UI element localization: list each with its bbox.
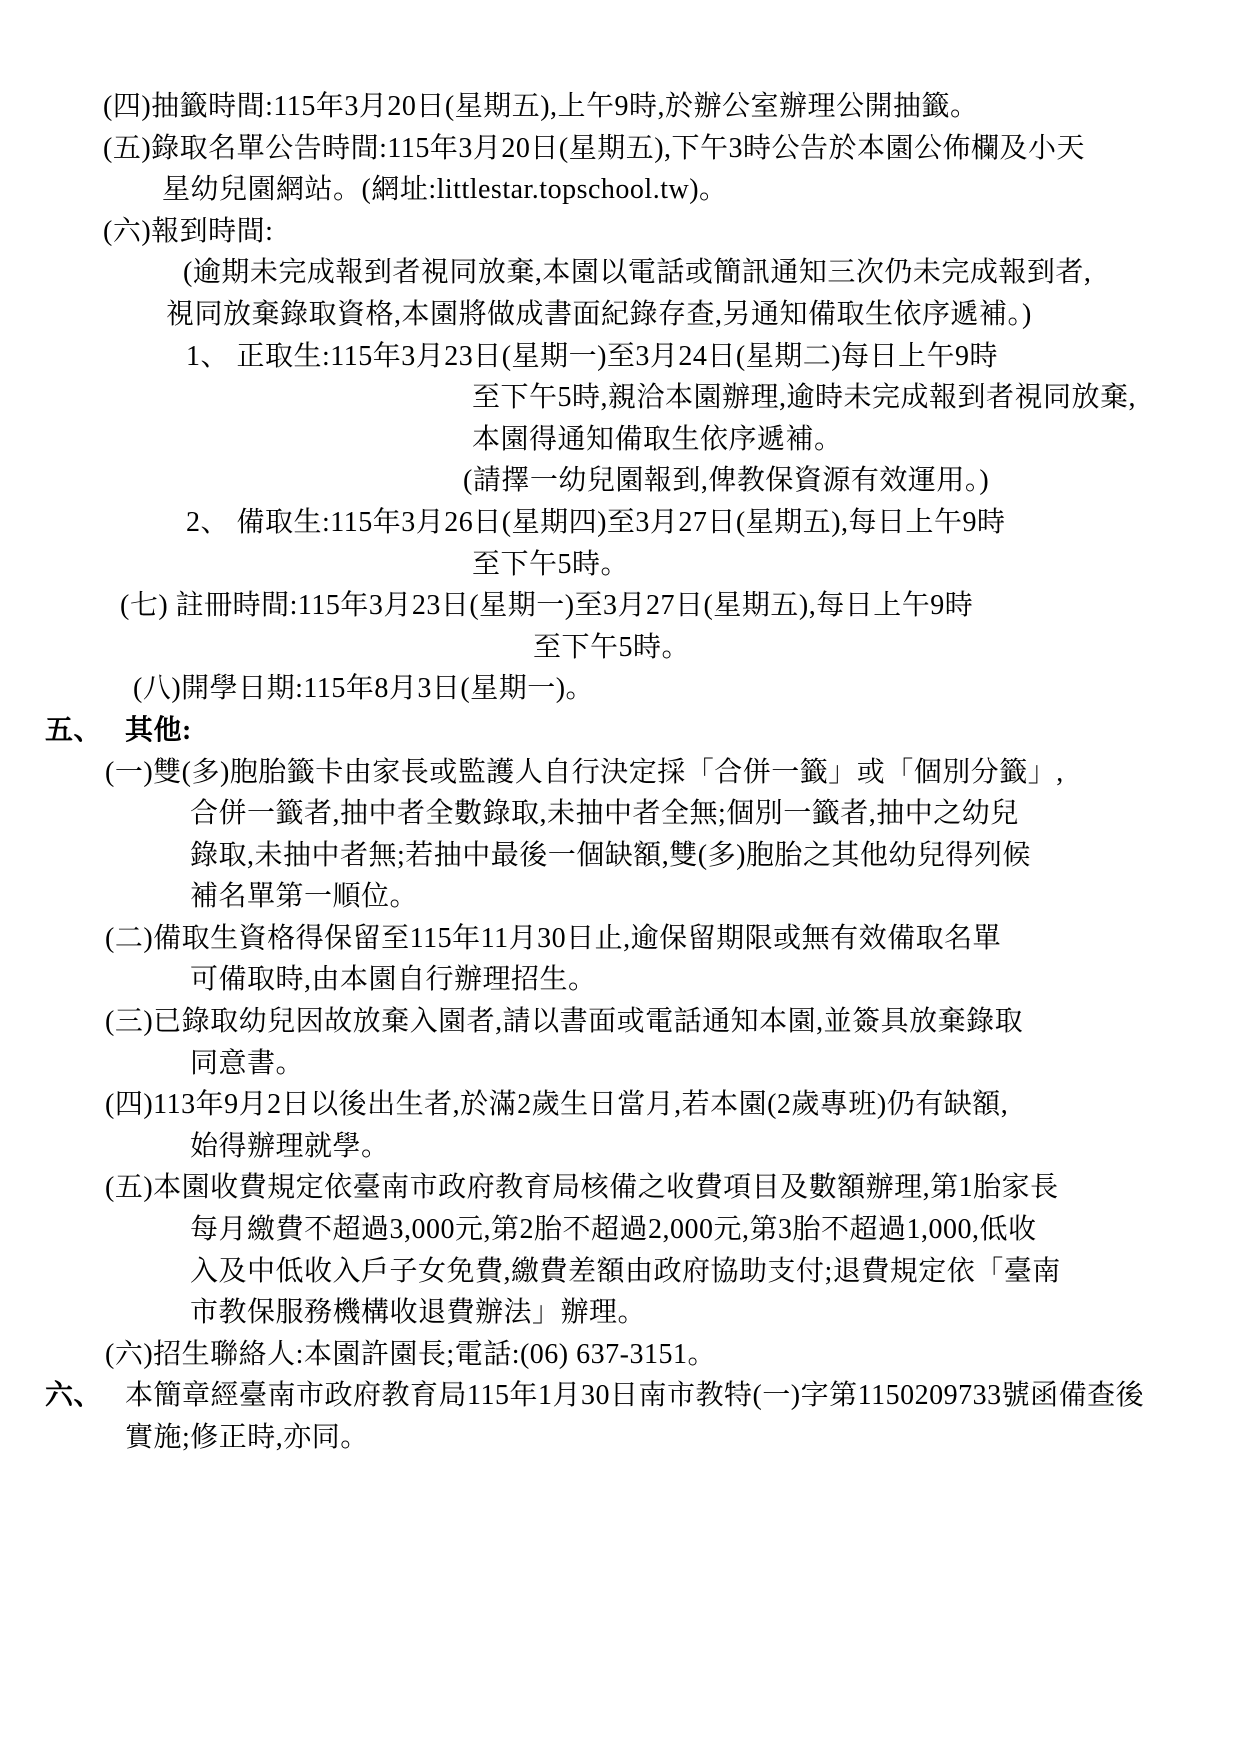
- document-line-text: (請擇一幼兒園報到,俾教保資源有效運用。): [463, 465, 989, 496]
- document-line-text: 至下午5時。: [533, 632, 690, 663]
- document-line: 本園得通知備取生依序遞補。: [0, 419, 1241, 461]
- document-section-heading-line: 六、本簡章經臺南市政府教育局115年1月30日南市教特(一)字第11502097…: [0, 1375, 1241, 1417]
- document-line: 錄取,未抽中者無;若抽中最後一個缺額,雙(多)胞胎之其他幼兒得列候: [0, 835, 1241, 877]
- document-line-text: 可備取時,由本園自行辦理招生。: [190, 964, 597, 995]
- document-line-text: (四)113年9月2日以後出生者,於滿2歲生日當月,若本園(2歲專班)仍有缺額,: [105, 1089, 1008, 1120]
- document-line: 入及中低收入戶子女免費,繳費差額由政府協助支付;退費規定依「臺南: [0, 1251, 1241, 1293]
- document-line: (一)雙(多)胞胎籤卡由家長或監護人自行決定採「合併一籤」或「個別分籤」,: [0, 752, 1241, 794]
- document-line-text: 實施;修正時,亦同。: [125, 1422, 369, 1453]
- document-line: 實施;修正時,亦同。: [0, 1417, 1241, 1459]
- document-line-text: 其他:: [125, 715, 192, 746]
- document-line-text: 視同放棄錄取資格,本園將做成書面紀錄存查,另通知備取生依序遞補。): [166, 299, 1032, 330]
- document-line: 同意書。: [0, 1043, 1241, 1085]
- document-line: 至下午5時。: [0, 627, 1241, 669]
- document-line-text: 2、 備取生:115年3月26日(星期四)至3月27日(星期五),每日上午9時: [186, 507, 1006, 538]
- document-line-text: (二)備取生資格得保留至115年11月30日止,逾保留期限或無有效備取名單: [105, 923, 1001, 954]
- document-line-text: (四)抽籤時間:115年3月20日(星期五),上午9時,於辦公室辦理公開抽籤。: [103, 91, 979, 122]
- document-line-text: 合併一籤者,抽中者全數錄取,未抽中者全無;個別一籤者,抽中之幼兒: [190, 798, 1019, 829]
- document-line-text: (八)開學日期:115年8月3日(星期一)。: [133, 673, 594, 704]
- list-number-label: 六、: [45, 1375, 125, 1417]
- document-line-text: 本簡章經臺南市政府教育局115年1月30日南市教特(一)字第1150209733…: [125, 1380, 1144, 1411]
- document-line: 市教保服務機構收退費辦法」辦理。: [0, 1292, 1241, 1334]
- document-line-text: (五)錄取名單公告時間:115年3月20日(星期五),下午3時公告於本園公佈欄及…: [103, 133, 1085, 164]
- document-line-text: (七) 註冊時間:115年3月23日(星期一)至3月27日(星期五),每日上午9…: [120, 590, 973, 621]
- document-line-text: 1、 正取生:115年3月23日(星期一)至3月24日(星期二)每日上午9時: [186, 341, 998, 372]
- document-line: (七) 註冊時間:115年3月23日(星期一)至3月27日(星期五),每日上午9…: [0, 585, 1241, 627]
- list-number-label: 五、: [45, 710, 125, 752]
- document-line: 始得辦理就學。: [0, 1126, 1241, 1168]
- document-line-text: (六)報到時間:: [103, 216, 273, 247]
- document-line-text: 入及中低收入戶子女免費,繳費差額由政府協助支付;退費規定依「臺南: [190, 1256, 1061, 1287]
- document-line: (二)備取生資格得保留至115年11月30日止,逾保留期限或無有效備取名單: [0, 918, 1241, 960]
- document-line: 每月繳費不超過3,000元,第2胎不超過2,000元,第3胎不超過1,000,低…: [0, 1209, 1241, 1251]
- document-body: (四)抽籤時間:115年3月20日(星期五),上午9時,於辦公室辦理公開抽籤。(…: [0, 86, 1241, 1459]
- document-line: (四)113年9月2日以後出生者,於滿2歲生日當月,若本園(2歲專班)仍有缺額,: [0, 1084, 1241, 1126]
- document-line-text: 錄取,未抽中者無;若抽中最後一個缺額,雙(多)胞胎之其他幼兒得列候: [190, 840, 1031, 871]
- document-line-text: 至下午5時。: [472, 549, 629, 580]
- document-line: (三)已錄取幼兒因故放棄入園者,請以書面或電話通知本園,並簽具放棄錄取: [0, 1001, 1241, 1043]
- document-line-text: 每月繳費不超過3,000元,第2胎不超過2,000元,第3胎不超過1,000,低…: [190, 1214, 1037, 1245]
- document-line: (六)招生聯絡人:本園許園長;電話:(06) 637-3151。: [0, 1334, 1241, 1376]
- document-line: 2、 備取生:115年3月26日(星期四)至3月27日(星期五),每日上午9時: [0, 502, 1241, 544]
- document-line-text: (五)本園收費規定依臺南市政府教育局核備之收費項目及數額辦理,第1胎家長: [105, 1172, 1059, 1203]
- document-line-text: 同意書。: [190, 1048, 304, 1079]
- document-line: (六)報到時間:: [0, 211, 1241, 253]
- document-page: (四)抽籤時間:115年3月20日(星期五),上午9時,於辦公室辦理公開抽籤。(…: [0, 0, 1241, 1755]
- document-line: (五)錄取名單公告時間:115年3月20日(星期五),下午3時公告於本園公佈欄及…: [0, 128, 1241, 170]
- document-line: (五)本園收費規定依臺南市政府教育局核備之收費項目及數額辦理,第1胎家長: [0, 1167, 1241, 1209]
- document-line: 視同放棄錄取資格,本園將做成書面紀錄存查,另通知備取生依序遞補。): [0, 294, 1241, 336]
- document-line: (四)抽籤時間:115年3月20日(星期五),上午9時,於辦公室辦理公開抽籤。: [0, 86, 1241, 128]
- document-line: (八)開學日期:115年8月3日(星期一)。: [0, 668, 1241, 710]
- document-line-text: 補名單第一順位。: [190, 881, 418, 912]
- document-line-text: (三)已錄取幼兒因故放棄入園者,請以書面或電話通知本園,並簽具放棄錄取: [105, 1006, 1023, 1037]
- document-line: 補名單第一順位。: [0, 876, 1241, 918]
- document-line-text: 星幼兒園網站。(網址:littlestar.topschool.tw)。: [162, 174, 728, 205]
- document-line: 至下午5時,親洽本園辦理,逾時未完成報到者視同放棄,: [0, 377, 1241, 419]
- document-line: 1、 正取生:115年3月23日(星期一)至3月24日(星期二)每日上午9時: [0, 336, 1241, 378]
- document-line-text: 至下午5時,親洽本園辦理,逾時未完成報到者視同放棄,: [472, 382, 1136, 413]
- document-line: (請擇一幼兒園報到,俾教保資源有效運用。): [0, 460, 1241, 502]
- document-line-text: (逾期未完成報到者視同放棄,本園以電話或簡訊通知三次仍未完成報到者,: [183, 257, 1091, 288]
- document-line-text: (一)雙(多)胞胎籤卡由家長或監護人自行決定採「合併一籤」或「個別分籤」,: [105, 757, 1064, 788]
- document-line-text: 市教保服務機構收退費辦法」辦理。: [190, 1297, 646, 1328]
- document-line-text: 本園得通知備取生依序遞補。: [472, 424, 843, 455]
- document-line: 合併一籤者,抽中者全數錄取,未抽中者全無;個別一籤者,抽中之幼兒: [0, 793, 1241, 835]
- document-line: 可備取時,由本園自行辦理招生。: [0, 959, 1241, 1001]
- document-line: (逾期未完成報到者視同放棄,本園以電話或簡訊通知三次仍未完成報到者,: [0, 252, 1241, 294]
- document-line-text: 始得辦理就學。: [190, 1131, 390, 1162]
- document-line: 星幼兒園網站。(網址:littlestar.topschool.tw)。: [0, 169, 1241, 211]
- document-line: 至下午5時。: [0, 544, 1241, 586]
- document-line-text: (六)招生聯絡人:本園許園長;電話:(06) 637-3151。: [105, 1339, 716, 1370]
- document-section-heading-line: 五、其他:: [0, 710, 1241, 752]
